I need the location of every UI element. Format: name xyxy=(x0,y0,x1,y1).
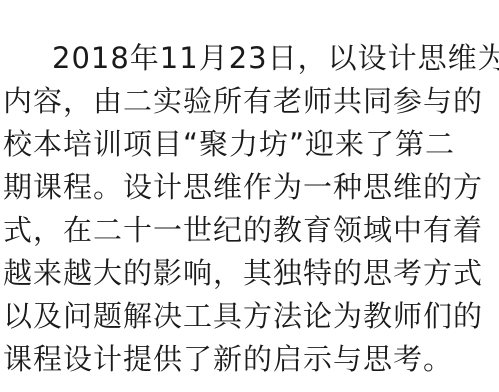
text-line-3: 校本培训项目“聚力坊”迎来了第二 xyxy=(3,123,496,166)
text-line-4: 期课程。设计思维作为一种思维的方 xyxy=(3,166,496,209)
text-line-5: 式，在二十一世纪的教育领域中有着 xyxy=(3,209,496,252)
text-line-6: 越来越大的影响，其独特的思考方式 xyxy=(3,252,496,295)
document-page: 2018年11月23日，以设计思维为核心 内容，由二实验所有老师共同参与的 校本… xyxy=(0,0,499,392)
text-line-7: 以及问题解决工具方法论为教师们的 xyxy=(3,295,496,338)
text-line-8: 课程设计提供了新的启示与思考。 xyxy=(3,338,496,381)
text-line-1: 2018年11月23日，以设计思维为核心 xyxy=(3,37,496,80)
text-line-2: 内容，由二实验所有老师共同参与的 xyxy=(3,80,496,123)
